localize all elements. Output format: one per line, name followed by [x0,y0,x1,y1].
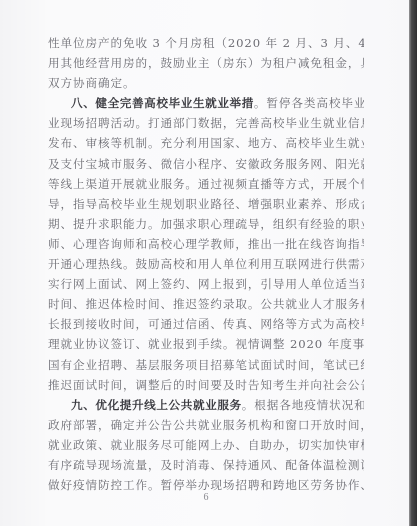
text-run: 。暂停各类高校毕业生就 [254,96,364,110]
section-heading: 九、优化提升线上公共就业服务 [71,398,242,412]
text-line: 导，指导高校毕业生规划职业路径、增强职业素养、形成合理预 [48,194,364,214]
text-line: 理就业协议签订、就业报到手续。视情调整 2020 年度事业单位和 [48,334,364,354]
text-line: 师、心理咨询师和高校心理学教师，推出一批在线咨询指导课， [48,234,364,254]
text-line: 业现场招聘活动。打通部门数据，完善高校毕业生就业信息共享、 [48,113,364,133]
scan-edge-shadow [409,0,417,526]
text-line: 有序疏导现场流量，及时消毒、保持通风、配备体温检测设施， [48,455,364,475]
text-line: 期、提升求职能力。加强求职心理疏导，组织有经验的职业指导 [48,214,364,234]
text-line: 发布、审核等机制。充分利用国家、地方、高校毕业生就业网以 [48,133,364,153]
text-line: 开通心理热线。鼓励高校和用人单位利用互联网进行供需对接， [48,254,364,274]
text-line: 国有企业招聘、基层服务项目招募笔试面试时间，笔试已经结束的 [48,355,364,375]
text-line: 政府部署，确定并公告公共就业服务机构和窗口开放时间，引导 [48,415,364,435]
text-run: 。根据各地疫情状况和党委 [242,398,364,412]
section-8-first-line: 八、健全完善高校毕业生就业举措。暂停各类高校毕业生就 [48,93,364,113]
text-line: 时间、推迟体检时间、推迟签约录取。公共就业人才服务机构要延 [48,294,364,314]
text-line: 推迟面试时间，调整后的时间要及时告知考生并向社会公告。 [48,375,364,395]
document-body: 性单位房产的免收 3 个月房租（2020 年 2 月、3 月、4 月），对租 用… [48,33,364,495]
text-line: 用其他经营用房的，鼓励业主（房东）为租户减免租金，具体由 [48,53,364,73]
page-number: 6 [198,492,214,503]
text-line: 双方协商确定。 [48,73,364,93]
section-heading: 八、健全完善高校毕业生就业举措 [71,96,254,110]
text-line: 实行网上面试、网上签约、网上报到，引导用人单位适当延长招聘 [48,274,364,294]
section-9-first-line: 九、优化提升线上公共就业服务。根据各地疫情状况和党委 [48,395,364,415]
text-line: 等线上渠道开展就业服务。通过视频直播等方式，开展个性化辅 [48,174,364,194]
text-line: 及支付宝城市服务、微信小程序、安徽政务服务网、阳光就业网 [48,154,364,174]
text-line: 就业政策、就业服务尽可能网上办、自助办，切实加快审核进度， [48,435,364,455]
text-line: 长报到接收时间，可通过信函、传真、网络等方式为高校毕业生办 [48,314,364,334]
document-page: 性单位房产的免收 3 个月房租（2020 年 2 月、3 月、4 月），对租 用… [0,0,409,526]
text-line: 性单位房产的免收 3 个月房租（2020 年 2 月、3 月、4 月），对租 [48,33,364,53]
